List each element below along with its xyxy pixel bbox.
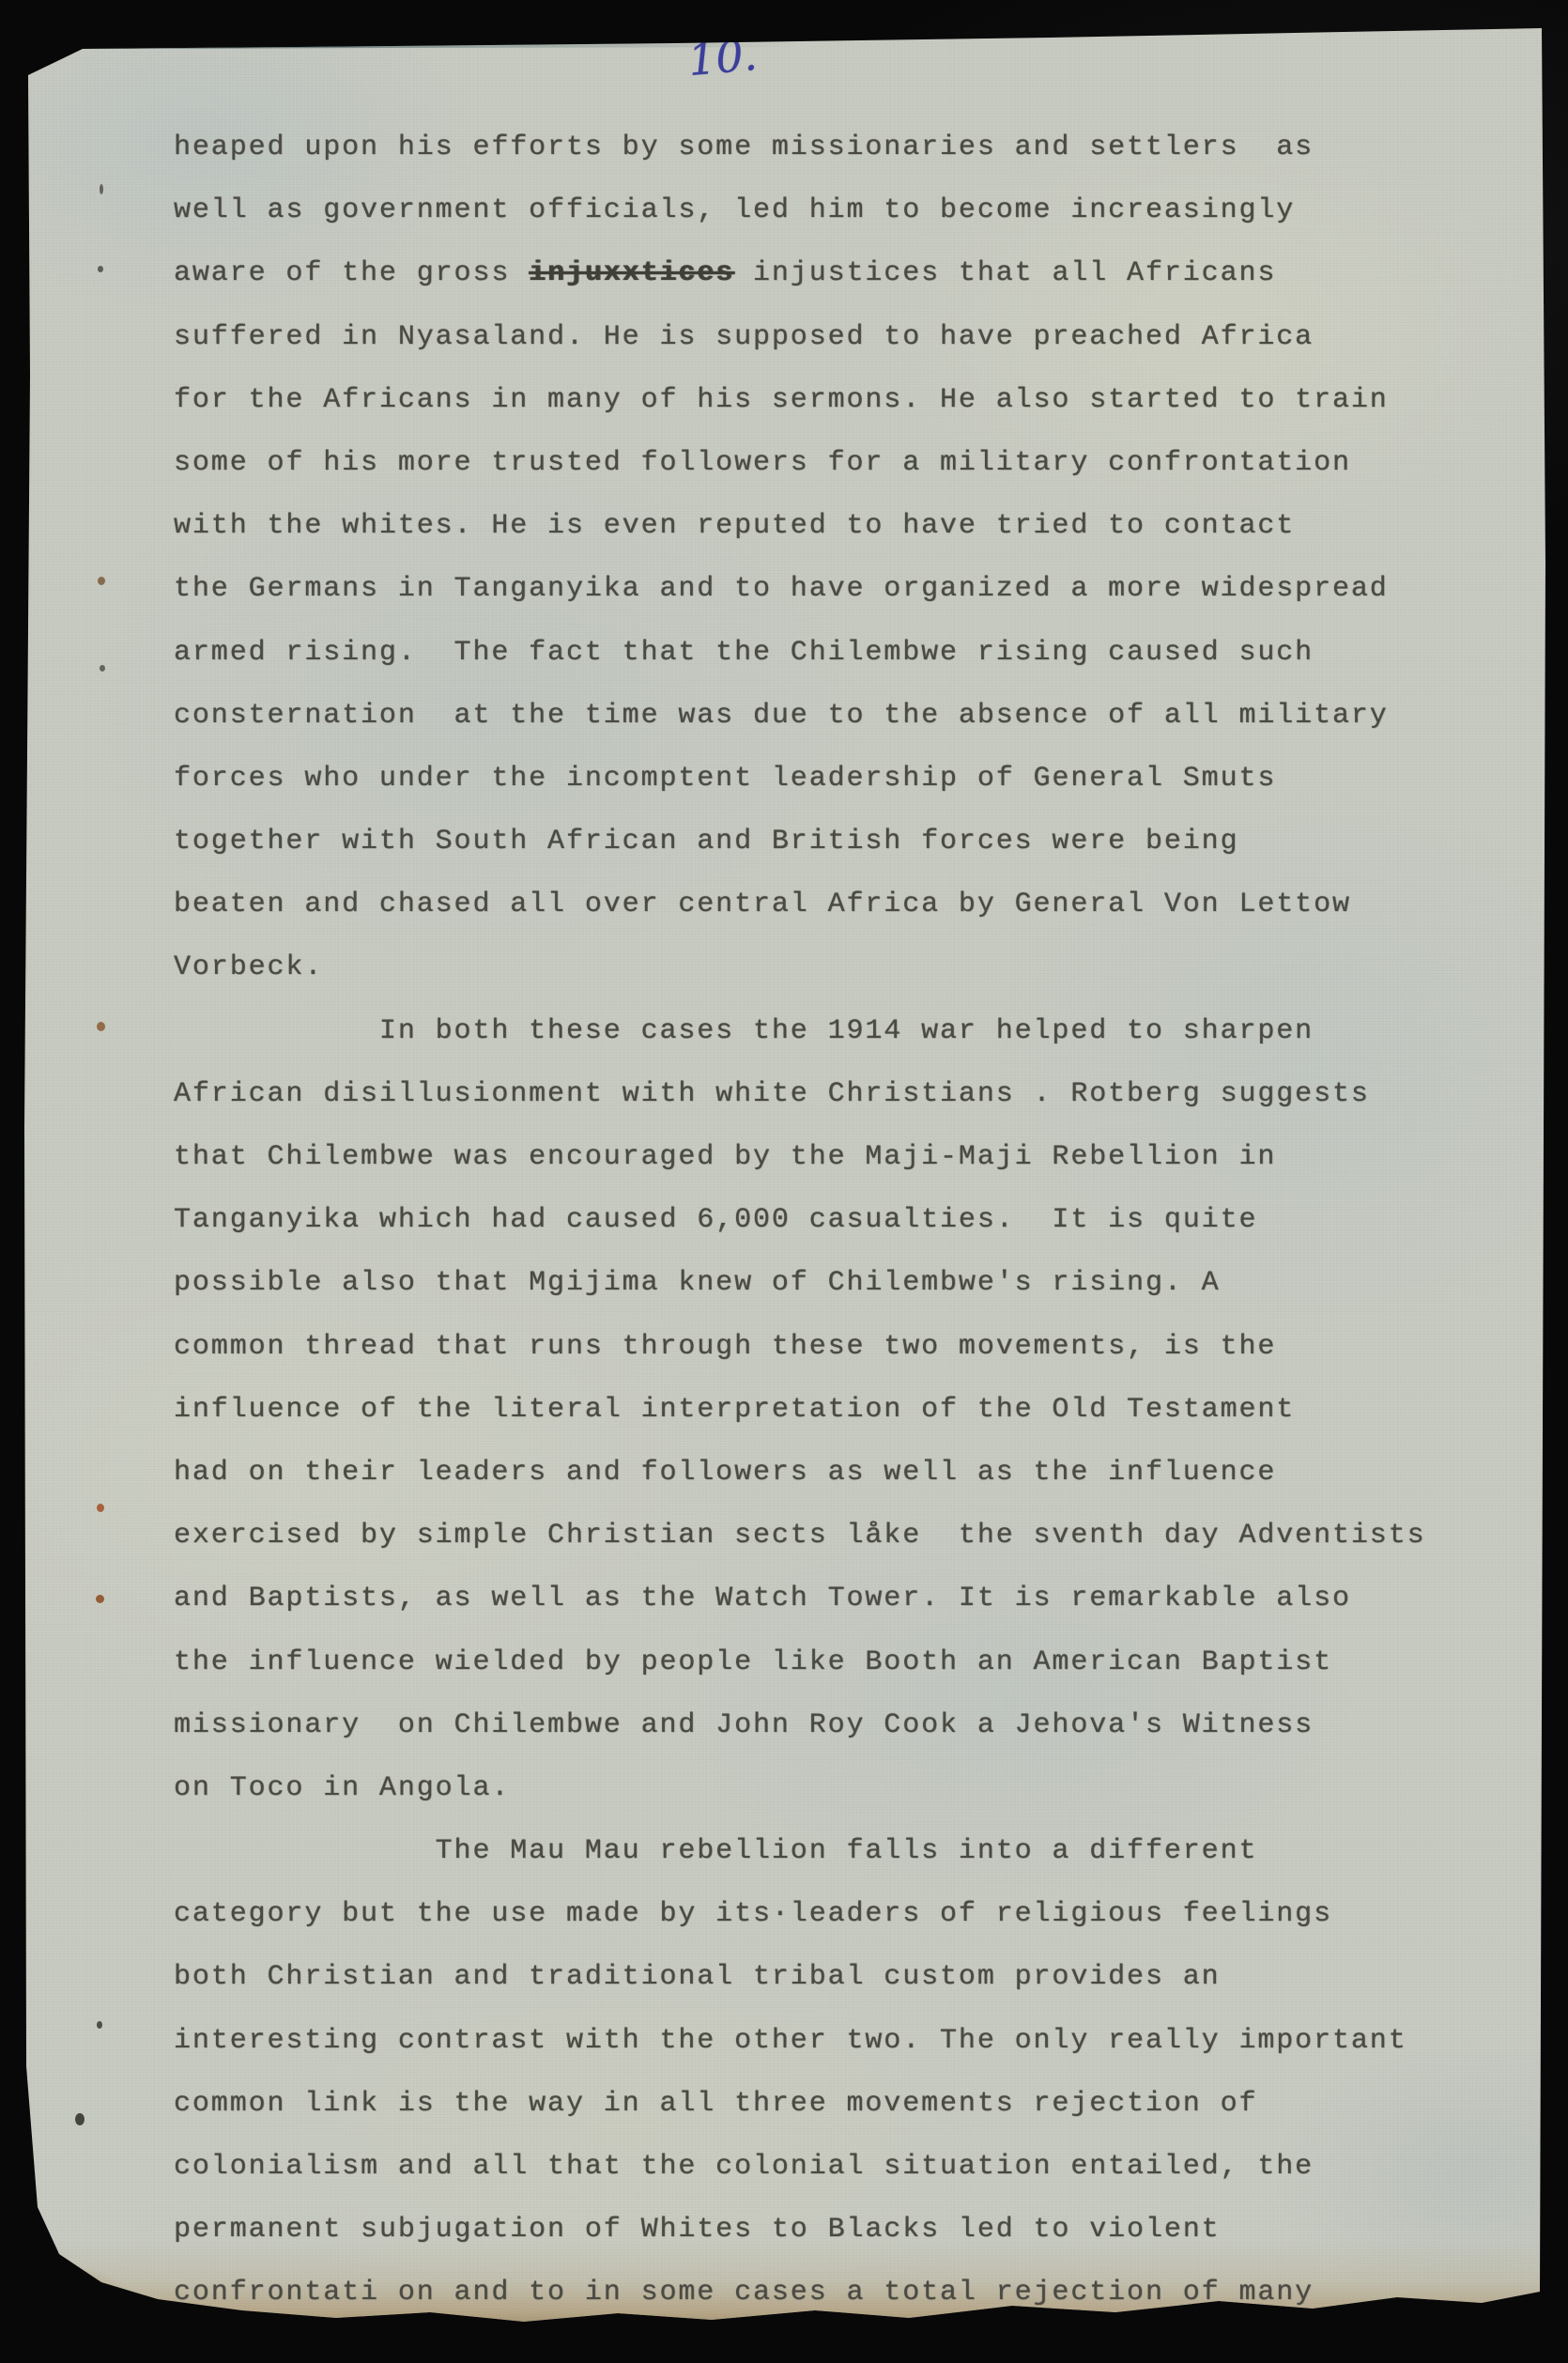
margin-speck [97, 1504, 104, 1512]
margin-speck [100, 665, 105, 672]
typed-line: interesting contrast with the other two.… [174, 2010, 1488, 2073]
typed-line: on Toco in Angola. [174, 1757, 1488, 1820]
paper-sheet: 10. heaped upon his efforts by some miss… [17, 0, 1547, 2363]
typed-line: had on their leaders and followers as we… [174, 1442, 1488, 1505]
typed-line: The Mau Mau rebellion falls into a diffe… [174, 1820, 1488, 1883]
typed-text: aware of the gross [174, 257, 529, 289]
typed-line: In both these cases the 1914 war helped … [174, 1000, 1488, 1063]
typed-line: Tanganyika which had caused 6,000 casual… [174, 1189, 1488, 1252]
typed-line: for the Africans in many of his sermons.… [174, 369, 1488, 432]
typed-line: both Christian and traditional tribal cu… [174, 1946, 1488, 2009]
typed-line: aware of the gross injuxxtices injustice… [174, 242, 1488, 305]
typed-line: common link is the way in all three move… [174, 2073, 1488, 2136]
typed-line: missionary on Chilembwe and John Roy Coo… [174, 1694, 1488, 1757]
typed-line: together with South African and British … [174, 811, 1488, 873]
typed-text-block: heaped upon his efforts by some missiona… [174, 116, 1488, 2325]
typed-line: forces who under the incomptent leadersh… [174, 748, 1488, 811]
margin-speck [96, 1595, 104, 1603]
typed-line: the influence wielded by people like Boo… [174, 1631, 1488, 1694]
typed-line: confrontati on and to in some cases a to… [174, 2262, 1488, 2324]
struck-out-word: injuxxtices [529, 257, 734, 289]
typed-line: consternation at the time was due to the… [174, 685, 1488, 748]
typed-line: suffered in Nyasaland. He is supposed to… [174, 306, 1488, 369]
typed-line: that Chilembwe was encouraged by the Maj… [174, 1126, 1488, 1189]
typed-line: common thread that runs through these tw… [174, 1316, 1488, 1379]
typed-line: influence of the literal interpretation … [174, 1379, 1488, 1442]
typed-line: with the whites. He is even reputed to h… [174, 495, 1488, 558]
margin-speck [100, 184, 103, 194]
typed-line: possible also that Mgijima knew of Chile… [174, 1252, 1488, 1315]
typed-line: African disillusionment with white Chris… [174, 1063, 1488, 1126]
typed-line: Vorbeck. [174, 936, 1488, 999]
typed-line: armed rising. The fact that the Chilembw… [174, 622, 1488, 685]
margin-speck [97, 1022, 105, 1031]
typed-line: exercised by simple Christian sects låke… [174, 1505, 1488, 1568]
aged-bottom-corner [17, 2213, 195, 2344]
typed-line: colonialism and all that the colonial si… [174, 2136, 1488, 2199]
margin-speck [97, 2021, 102, 2029]
typed-text: injustices that all Africans [734, 257, 1276, 289]
typed-line: beaten and chased all over central Afric… [174, 873, 1488, 936]
margin-speck [75, 2113, 85, 2125]
margin-speck [98, 577, 105, 585]
typed-line: category but the use made by its·leaders… [174, 1883, 1488, 1946]
typed-line: well as government officials, led him to… [174, 179, 1488, 242]
typed-line: heaped upon his efforts by some missiona… [174, 116, 1488, 179]
handwritten-page-number: 10. [686, 29, 760, 85]
typed-line: and Baptists, as well as the Watch Tower… [174, 1568, 1488, 1630]
typed-line: the Germans in Tanganyika and to have or… [174, 558, 1488, 621]
typed-line: some of his more trusted followers for a… [174, 432, 1488, 495]
margin-speck [98, 266, 103, 272]
scanned-typescript-page: { "document": { "page_number": "10.", "l… [0, 0, 1568, 2363]
typed-line: permanent subjugation of Whites to Black… [174, 2199, 1488, 2262]
